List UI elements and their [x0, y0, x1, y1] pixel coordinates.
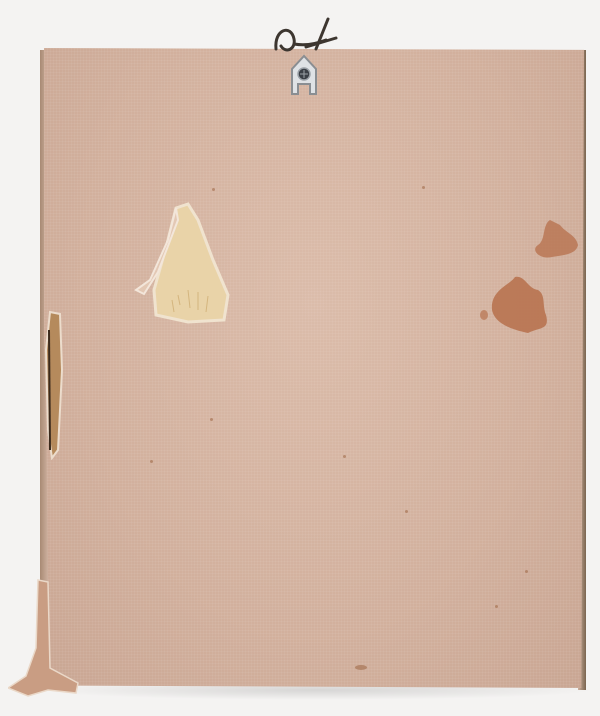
frayed-corner	[8, 578, 88, 698]
speck	[150, 460, 153, 463]
speck	[525, 570, 528, 573]
speck	[343, 455, 346, 458]
speck	[212, 188, 215, 191]
water-stain	[480, 215, 590, 345]
photo-scene	[0, 0, 600, 716]
speck	[495, 605, 498, 608]
speck	[355, 665, 367, 670]
cloth-covered-backing	[44, 48, 584, 688]
speck	[422, 186, 425, 189]
edge-slit	[44, 310, 66, 460]
hanger-icon	[266, 14, 346, 104]
speck	[210, 418, 213, 421]
tear-hole	[128, 200, 238, 330]
speck	[405, 510, 408, 513]
